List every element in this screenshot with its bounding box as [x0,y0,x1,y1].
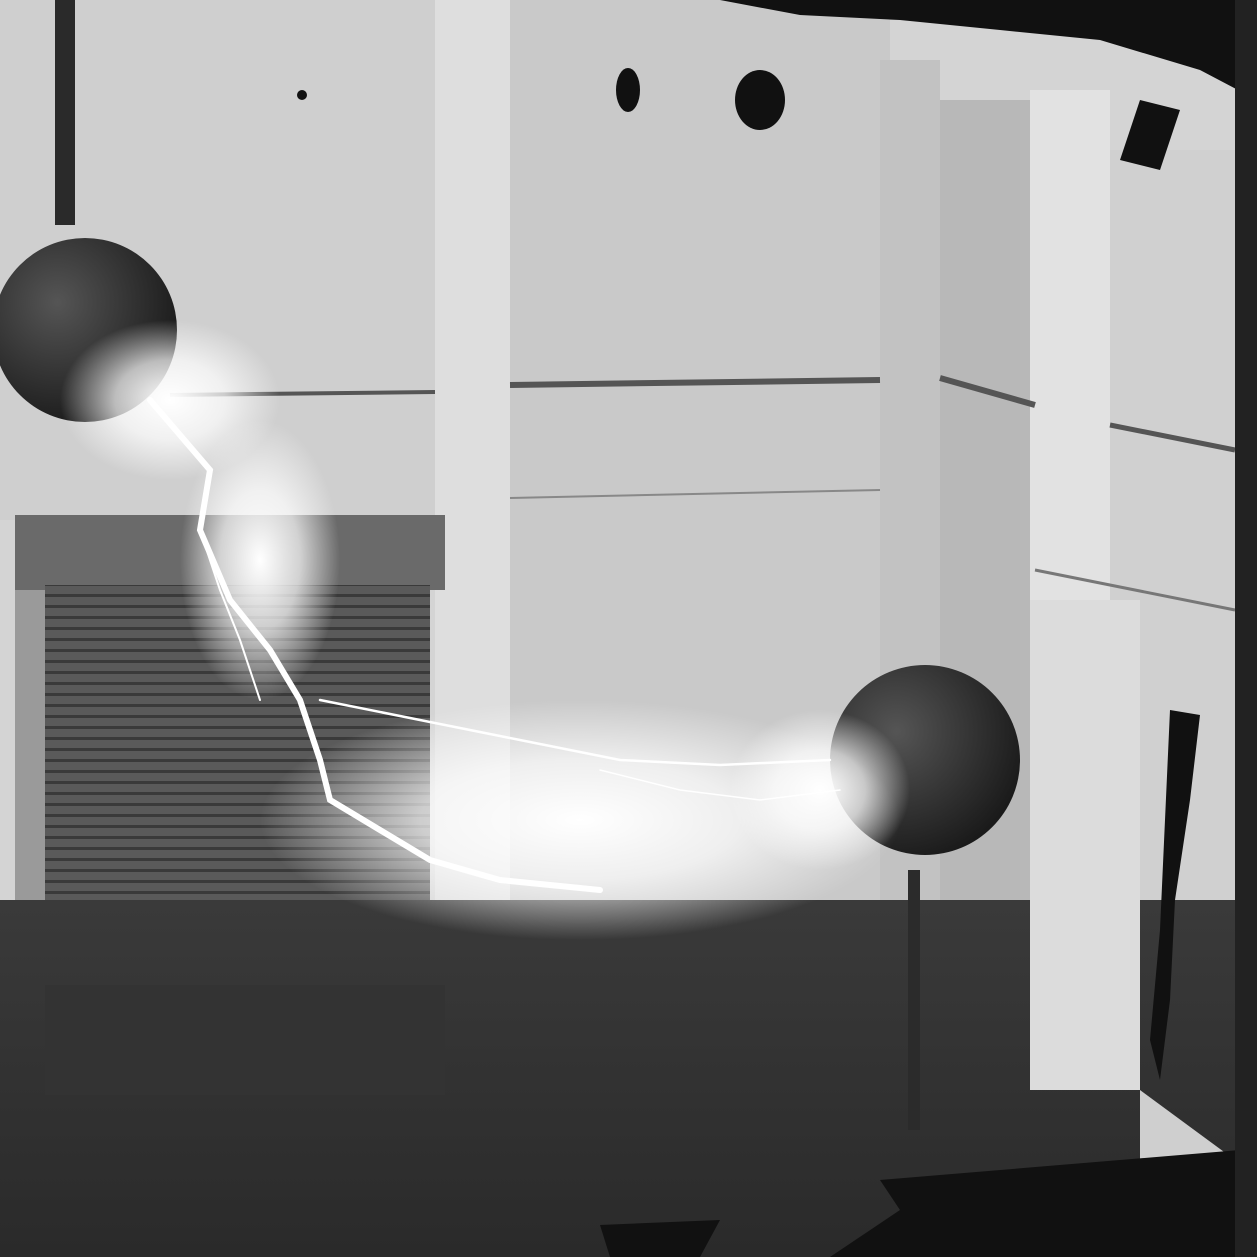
photograph [0,0,1257,1257]
sphere-stand [908,870,920,1130]
hanging-rod [55,0,75,225]
photo-scene [0,0,1257,1257]
